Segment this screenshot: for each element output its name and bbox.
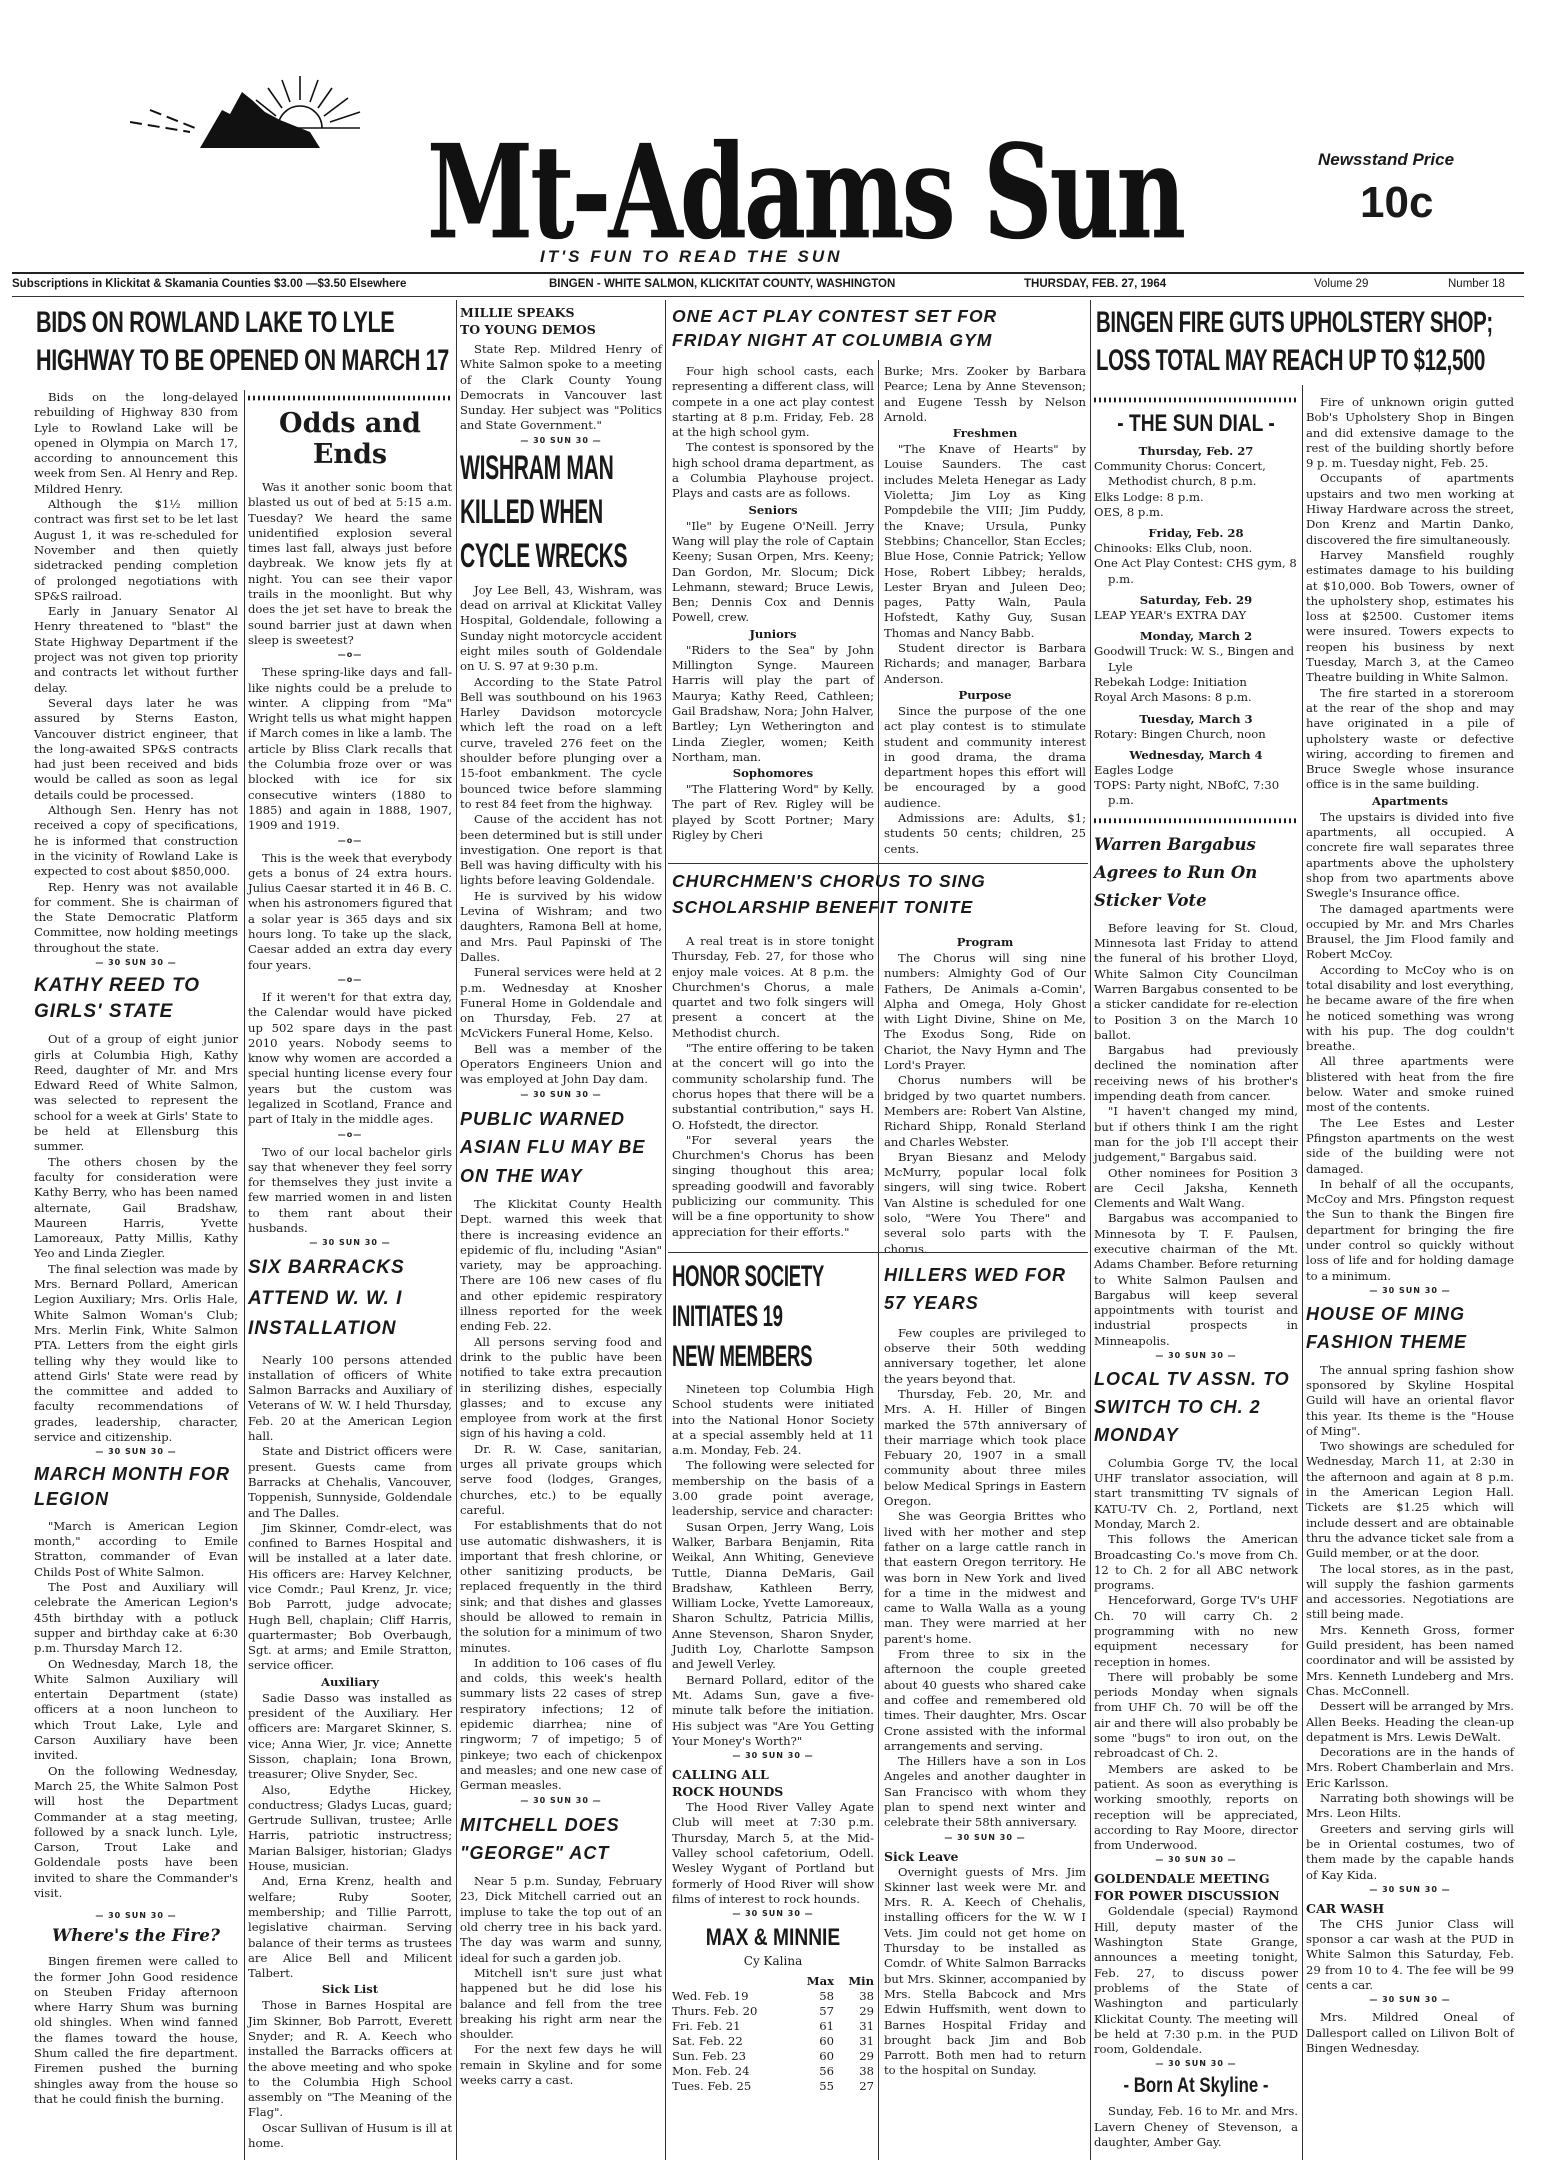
paragraph: Nearly 100 persons attended installation…	[248, 1353, 452, 1445]
weather-row: Thurs. Feb. 205729	[672, 2004, 874, 2019]
weather-table: MaxMin Wed. Feb. 195838Thurs. Feb. 20572…	[672, 1974, 874, 2094]
millie-article: State Rep. Mildred Henry of White Salmon…	[460, 342, 662, 434]
paragraph: Occupants of apartments upstairs and two…	[1306, 471, 1514, 547]
rock-headline-2: ROCK HOUNDS	[672, 1783, 874, 1800]
auxiliary-subhead: Auxiliary	[248, 1675, 452, 1690]
weather-day: Sat. Feb. 22	[672, 2034, 794, 2049]
paragraph: Mrs. Mildred Oneal of Dallesport called …	[1306, 2010, 1514, 2056]
weather-day: Sun. Feb. 23	[672, 2049, 794, 2064]
paragraph: Admissions are: Adults, $1; students 50 …	[884, 811, 1086, 857]
weather-max: 56	[794, 2064, 834, 2079]
calendar-event: Community Chorus: Concert, Methodist chu…	[1094, 459, 1298, 490]
column-rule	[878, 360, 879, 2160]
subhead: Sophomores	[672, 766, 874, 781]
mitchell-headline: MITCHELL DOES "GEORGE" ACT	[460, 1811, 662, 1869]
wavy-rule	[248, 394, 452, 402]
paragraph: Burke; Mrs. Zooker by Barbara Pearce; Le…	[884, 364, 1086, 425]
odds-headline: Odds and Ends	[248, 408, 452, 470]
small-separator: —o—	[248, 975, 452, 984]
separator: — 30 SUN 30 —	[34, 1447, 238, 1456]
subhead: Seniors	[672, 503, 874, 518]
calendar-event: Elks Lodge: 8 p.m.	[1094, 490, 1298, 505]
paragraph: From three to six in the afternoon the c…	[884, 1647, 1086, 1754]
chorus-headline: CHURCHMEN'S CHORUS TO SING SCHOLARSHIP B…	[672, 868, 1087, 920]
location: BINGEN - WHITE SALMON, KLICKITAT COUNTY,…	[549, 278, 895, 290]
ming-headline: HOUSE OF MING FASHION THEME	[1306, 1301, 1514, 1357]
paragraph: She was Georgia Brittes who lived with h…	[884, 1509, 1086, 1647]
calendar-event: Goodwill Truck: W. S., Bingen and Lyle	[1094, 644, 1298, 675]
paragraph: Although the $1½ million contract was fi…	[34, 497, 238, 604]
paragraph: Dr. R. W. Case, sanitarian, urges all pr…	[460, 1442, 662, 1518]
paragraph: The contest is sponsored by the high sch…	[672, 440, 874, 501]
paragraph: Those in Barnes Hospital are Jim Skinner…	[248, 1998, 452, 2120]
weather-byline: Cy Kalina	[672, 1954, 874, 1968]
weather-min: 29	[834, 2049, 874, 2064]
column-sundial: - THE SUN DIAL - Thursday, Feb. 27Commun…	[1094, 392, 1298, 2150]
barracks-headline: SIX BARRACKS ATTEND W. W. I INSTALLATION	[248, 1253, 452, 1344]
calendar-day: Friday, Feb. 28	[1094, 526, 1298, 541]
paragraph: Mrs. Kenneth Gross, former Guild preside…	[1306, 1623, 1514, 1699]
calendar-event: LEAP YEAR's EXTRA DAY	[1094, 608, 1298, 623]
paragraph: "The Flattering Word" by Kelly. The part…	[672, 782, 874, 843]
paragraph: Student director is Barbara Richards; an…	[884, 641, 1086, 687]
paragraph: Near 5 p.m. Sunday, February 23, Dick Mi…	[460, 1874, 662, 1966]
goldendale-headline-1: GOLDENDALE MEETING	[1094, 1870, 1298, 1887]
kathy-headline: KATHY REED TO GIRLS' STATE	[34, 973, 238, 1024]
paragraph: Other nominees for Position 3 are Cecil …	[1094, 1166, 1298, 1212]
paragraph: Early in January Senator Al Henry threat…	[34, 604, 238, 696]
paragraph: The damaged apartments were occupied by …	[1306, 902, 1514, 963]
weather-day: Fri. Feb. 21	[672, 2019, 794, 2034]
subhead: Juniors	[672, 627, 874, 642]
paragraph: Bernard Pollard, editor of the Mt. Adams…	[672, 1673, 874, 1749]
paragraph: Mitchell isn't sure just what happened b…	[460, 1966, 662, 2042]
calendar-event: Chinooks: Elks Club, noon.	[1094, 541, 1298, 556]
calendar-event: OES, 8 p.m.	[1094, 505, 1298, 520]
carwash-headline: CAR WASH	[1306, 1900, 1514, 1917]
play-col-2: Burke; Mrs. Zooker by Barbara Pearce; Le…	[884, 364, 1086, 857]
bingen-fire-headline: BINGEN FIRE GUTS UPHOLSTERY SHOP; LOSS T…	[1096, 308, 1536, 376]
separator: — 30 SUN 30 —	[1306, 1995, 1514, 2004]
mitchell-article: Near 5 p.m. Sunday, February 23, Dick Mi…	[460, 1874, 662, 2088]
separator: — 30 SUN 30 —	[1094, 1855, 1298, 1864]
paragraph: On the following Wednesday, March 25, th…	[34, 1764, 238, 1902]
weather-max: 60	[794, 2049, 834, 2064]
weather-day: Wed. Feb. 19	[672, 1989, 794, 2004]
hillers-article: Few couples are privileged to observe th…	[884, 1326, 1086, 1831]
paragraph: "March is American Legion month," accord…	[34, 1519, 238, 1580]
column-rule	[456, 300, 457, 2160]
column-rule	[1090, 300, 1091, 2160]
paragraph: Henceforward, Gorge TV's UHF Ch. 70 will…	[1094, 1593, 1298, 1669]
paragraph: State Rep. Mildred Henry of White Salmon…	[460, 342, 662, 434]
separator: — 30 SUN 30 —	[1094, 2059, 1298, 2068]
paragraph: Funeral services were held at 2 p.m. Wed…	[460, 965, 662, 1041]
top-rule	[12, 272, 1524, 274]
section-rule	[668, 1252, 1088, 1253]
separator: — 30 SUN 30 —	[34, 958, 238, 967]
paragraph: The others chosen by the faculty for con…	[34, 1155, 238, 1262]
paragraph: Bids on the long-delayed rebuilding of H…	[34, 390, 238, 497]
paragraph: Sadie Dasso was installed as president o…	[248, 1691, 452, 1783]
paragraph: Several days later he was assured by Ste…	[34, 696, 238, 803]
paragraph: These spring-like days and fall-like nig…	[248, 665, 452, 833]
paragraph: "Riders to the Sea" by John Millington S…	[672, 643, 874, 765]
paragraph: The upstairs is divided into five apartm…	[1306, 810, 1514, 902]
weather-max: 57	[794, 2004, 834, 2019]
separator: — 30 SUN 30 —	[460, 436, 662, 445]
paragraph: This follows the American Broadcasting C…	[1094, 1532, 1298, 1593]
column-rule	[665, 300, 666, 2160]
fire-small-article: Bingen firemen were called to the former…	[34, 1954, 238, 2107]
paragraph: Out of a group of eight junior girls at …	[34, 1032, 238, 1154]
paragraph: State and District officers were present…	[248, 1444, 452, 1520]
subhead: Freshmen	[884, 426, 1086, 441]
paragraph: Bargabus was accompanied to Minnesota by…	[1094, 1211, 1298, 1349]
calendar-event: Eagles Lodge	[1094, 763, 1298, 778]
weather-max: 60	[794, 2034, 834, 2049]
paragraph: Dessert will be arranged by Mrs. Allen B…	[1306, 1699, 1514, 1745]
play-headline: ONE ACT PLAY CONTEST SET FOR FRIDAY NIGH…	[672, 304, 1087, 352]
odds-article: Was it another sonic boom that blasted u…	[248, 480, 452, 1236]
apartments-subhead: Apartments	[1306, 794, 1514, 809]
paragraph: The fire started in a storeroom at the r…	[1306, 686, 1514, 793]
paragraph: "For several years the Churchmen's Choru…	[672, 1133, 874, 1240]
slogan: IT'S FUN TO READ THE SUN	[540, 247, 842, 267]
paragraph: The Lee Estes and Lester Pfingston apart…	[1306, 1116, 1514, 1177]
paragraph: Four high school casts, each representin…	[672, 364, 874, 440]
paragraph: The local stores, as in the past, will s…	[1306, 1562, 1514, 1623]
paragraph: A real treat is in store tonight Thursda…	[672, 934, 874, 1041]
paragraph: For establishments that do not use autom…	[460, 1518, 662, 1656]
born-headline: - Born At Skyline -	[1114, 2074, 1277, 2098]
wavy-rule	[1094, 817, 1298, 825]
separator: — 30 SUN 30 —	[248, 1238, 452, 1247]
subscriptions: Subscriptions in Klickitat & Skamania Co…	[12, 278, 406, 290]
hillers-column: HILLERS WED FOR 57 YEARS Few couples are…	[884, 1262, 1086, 2079]
paragraph: Members are asked to be patient. As soon…	[1094, 1762, 1298, 1854]
chorus-col-1: A real treat is in store tonight Thursda…	[672, 934, 874, 1240]
fire-small-headline: Where's the Fire?	[34, 1926, 238, 1946]
paragraph: Fire of unknown origin gutted Bob's Upho…	[1306, 395, 1514, 471]
sick-list-subhead: Sick List	[248, 1982, 452, 1997]
paragraph: Rep. Henry was not available for comment…	[34, 880, 238, 956]
paragraph: Also, Edythe Hickey, conductress; Gladys…	[248, 1783, 452, 1875]
paragraph: Joy Lee Bell, 43, Wishram, was dead on a…	[460, 583, 662, 675]
hillers-headline: HILLERS WED FOR 57 YEARS	[884, 1262, 1086, 1318]
paragraph: Nineteen top Columbia High School studen…	[672, 1382, 874, 1458]
headline-line: KILLED WHEN	[460, 495, 585, 529]
paragraph: Two of our local bachelor girls say that…	[248, 1145, 452, 1237]
paragraph: On Wednesday, March 18, the White Salmon…	[34, 1657, 238, 1764]
paragraph: Bryan Biesanz and Melody McMurry, popula…	[884, 1150, 1086, 1257]
bingen-fire-article-2: The upstairs is divided into five apartm…	[1306, 810, 1514, 1284]
honor-headline: HONOR SOCIETYINITIATES 19NEW MEMBERS	[672, 1262, 874, 1372]
mountain-sun-logo-icon	[130, 70, 390, 150]
weather-min: 31	[834, 2019, 874, 2034]
sickleave-headline: Sick Leave	[884, 1848, 1086, 1865]
separator: — 30 SUN 30 —	[34, 1911, 238, 1920]
paragraph: Decorations are in the hands of Mrs. Rob…	[1306, 1745, 1514, 1791]
small-separator: —o—	[248, 836, 452, 845]
paragraph: The Hood River Valley Agate Club will me…	[672, 1800, 874, 1907]
masthead: Mt-Adams Sun IT'S FUN TO READ THE SUN Ne…	[0, 0, 1550, 300]
tv-article: Columbia Gorge TV, the local UHF transla…	[1094, 1456, 1298, 1854]
paragraph: Before leaving for St. Cloud, Minnesota …	[1094, 921, 1298, 1043]
calendar-event: One Act Play Contest: CHS gym, 8 p.m.	[1094, 556, 1298, 587]
subhead: Purpose	[884, 688, 1086, 703]
born-article: Sunday, Feb. 16 to Mr. and Mrs. Lavern C…	[1094, 2104, 1298, 2150]
paragraph: There will probably be some periods Mond…	[1094, 1670, 1298, 1762]
goldendale-article: Goldendale (special) Raymond Hill, deput…	[1094, 1904, 1298, 2057]
barracks-article: Nearly 100 persons attended installation…	[248, 1353, 452, 2152]
dateline: Subscriptions in Klickitat & Skamania Co…	[12, 276, 1524, 294]
paragraph: For the next few days he will remain in …	[460, 2042, 662, 2088]
paragraph: The following were selected for membersh…	[672, 1458, 874, 1519]
legion-article: "March is American Legion month," accord…	[34, 1519, 238, 1901]
paragraph: "The Knave of Hearts" by Louise Saunders…	[884, 442, 1086, 641]
bids-headline: BIDS ON ROWLAND LAKE TO LYLE HIGHWAY TO …	[36, 308, 456, 376]
headline-line: WISHRAM MAN	[460, 451, 585, 485]
small-separator: —o—	[248, 650, 452, 659]
rock-headline-1: CALLING ALL	[672, 1766, 874, 1783]
paragraph: Cause of the accident has not been deter…	[460, 812, 662, 888]
paragraph: In addition to 106 cases of flu and cold…	[460, 1656, 662, 1794]
weather-max: 61	[794, 2019, 834, 2034]
bids-article: Bids on the long-delayed rebuilding of H…	[34, 390, 238, 956]
bargabus-article: Before leaving for St. Cloud, Minnesota …	[1094, 921, 1298, 1349]
paragraph: Harvey Mansfield roughly estimates damag…	[1306, 548, 1514, 686]
paragraph: The annual spring fashion show sponsored…	[1306, 1363, 1514, 1439]
headline-line: NEW MEMBERS	[672, 1342, 797, 1372]
paragraph: Two showings are scheduled for Wednesday…	[1306, 1439, 1514, 1561]
headline-line: HONOR SOCIETY	[672, 1262, 797, 1292]
volume: Volume 29	[1314, 278, 1368, 290]
bargabus-headline: Warren Bargabus Agrees to Run On Sticker…	[1094, 831, 1298, 915]
paragraph: He is survived by his widow Levina of Wi…	[460, 889, 662, 965]
separator: — 30 SUN 30 —	[672, 1751, 874, 1760]
paragraph: Susan Orpen, Jerry Wang, Lois Walker, Ba…	[672, 1520, 874, 1673]
goldendale-headline-2: FOR POWER DISCUSSION	[1094, 1887, 1298, 1904]
paragraph: According to the State Patrol Bell was s…	[460, 675, 662, 813]
calendar-event: Rebekah Lodge: Initiation	[1094, 675, 1298, 690]
tv-headline: LOCAL TV ASSN. TO SWITCH TO CH. 2 MONDAY	[1094, 1366, 1298, 1450]
separator: — 30 SUN 30 —	[1094, 1351, 1298, 1360]
paragraph: According to McCoy who is on total disab…	[1306, 963, 1514, 1055]
paragraph: Narrating both showings will be Mrs. Leo…	[1306, 1791, 1514, 1822]
weather-row: Fri. Feb. 216131	[672, 2019, 874, 2034]
carwash-article: The CHS Junior Class will sponsor a car …	[1306, 1917, 1514, 1993]
paragraph: All persons serving food and drink to th…	[460, 1335, 662, 1442]
paragraph: Since the purpose of the one act play co…	[884, 704, 1086, 811]
weather-max: 55	[794, 2079, 834, 2094]
program-subhead: Program	[884, 935, 1086, 950]
paragraph: The Hillers have a son in Los Angeles an…	[884, 1754, 1086, 1830]
paragraph: Few couples are privileged to observe th…	[884, 1326, 1086, 1387]
sundial-calendar: Thursday, Feb. 27Community Chorus: Conce…	[1094, 444, 1298, 809]
sundial-title: - THE SUN DIAL -	[1114, 410, 1277, 438]
calendar-event: Rotary: Bingen Church, noon	[1094, 727, 1298, 742]
issue-number: Number 18	[1448, 278, 1505, 290]
play-col-1: Four high school casts, each representin…	[672, 364, 874, 843]
weather-min: 31	[834, 2034, 874, 2049]
separator: — 30 SUN 30 —	[460, 1090, 662, 1099]
separator: — 30 SUN 30 —	[1306, 1286, 1514, 1295]
paragraph: Sunday, Feb. 16 to Mr. and Mrs. Lavern C…	[1094, 2104, 1298, 2150]
section-rule	[668, 863, 1088, 864]
weather-max: 58	[794, 1989, 834, 2004]
millie-headline-2: TO YOUNG DEMOS	[460, 321, 662, 338]
headline-line: CYCLE WRECKS	[460, 539, 585, 573]
honor-article: Nineteen top Columbia High School studen…	[672, 1382, 874, 1749]
weather-min: 29	[834, 2004, 874, 2019]
small-separator: —o—	[248, 1130, 452, 1139]
weather-day: Tues. Feb. 25	[672, 2079, 794, 2094]
legion-headline: MARCH MONTH FOR LEGION	[34, 1462, 238, 1511]
ming-article: The annual spring fashion show sponsored…	[1306, 1363, 1514, 1883]
weather-row: Mon. Feb. 245638	[672, 2064, 874, 2079]
issue-date: THURSDAY, FEB. 27, 1964	[1024, 278, 1166, 290]
paragraph: And, Erna Krenz, health and welfare; Rub…	[248, 1874, 452, 1981]
paragraph: Jim Skinner, Comdr-elect, was confined t…	[248, 1521, 452, 1674]
calendar-day: Saturday, Feb. 29	[1094, 593, 1298, 608]
paragraph: Bell was a member of the Operators Engin…	[460, 1042, 662, 1088]
paragraph: In behalf of all the occupants, McCoy an…	[1306, 1177, 1514, 1284]
bingen-fire-article: Fire of unknown origin gutted Bob's Upho…	[1306, 395, 1514, 793]
paragraph: This is the week that everybody gets a b…	[248, 851, 452, 973]
paragraph: Although Sen. Henry has not received a c…	[34, 803, 238, 879]
separator: — 30 SUN 30 —	[884, 1833, 1086, 1842]
calendar-event: Royal Arch Masons: 8 p.m.	[1094, 690, 1298, 705]
weather-row: Sat. Feb. 226031	[672, 2034, 874, 2049]
weather-day: Thurs. Feb. 20	[672, 2004, 794, 2019]
paragraph: Columbia Gorge TV, the local UHF transla…	[1094, 1456, 1298, 1532]
paragraph: Chorus numbers will be bridged by two qu…	[884, 1073, 1086, 1149]
calendar-event: TOPS: Party night, NBofC, 7:30 p.m.	[1094, 778, 1298, 809]
weather-title: MAX & MINNIE	[692, 1924, 854, 1952]
wishram-headline: WISHRAM MANKILLED WHENCYCLE WRECKS	[460, 451, 662, 573]
paragraph: If it weren't for that extra day, the Ca…	[248, 990, 452, 1128]
weather-day: Mon. Feb. 24	[672, 2064, 794, 2079]
calendar-day: Wednesday, March 4	[1094, 748, 1298, 763]
paragraph: The final selection was made by Mrs. Ber…	[34, 1262, 238, 1446]
calendar-day: Monday, March 2	[1094, 629, 1298, 644]
weather-row: Tues. Feb. 255527	[672, 2079, 874, 2094]
calendar-day: Tuesday, March 3	[1094, 712, 1298, 727]
column-1: Bids on the long-delayed rebuilding of H…	[34, 390, 238, 2107]
paragraph: The Chorus will sing nine numbers: Almig…	[884, 951, 1086, 1073]
headline-line: INITIATES 19	[672, 1302, 797, 1332]
chorus-col-2: Program The Chorus will sing nine number…	[884, 934, 1086, 1257]
paragraph: The Post and Auxiliary will celebrate th…	[34, 1580, 238, 1656]
weather-min: 38	[834, 2064, 874, 2079]
paragraph: Greeters and serving girls will be in Or…	[1306, 1822, 1514, 1883]
separator: — 30 SUN 30 —	[672, 1909, 874, 1918]
column-rule	[1302, 385, 1303, 2160]
paragraph: Goldendale (special) Raymond Hill, deput…	[1094, 1904, 1298, 2057]
column-rule	[244, 390, 245, 2160]
paragraph: Oscar Sullivan of Husum is ill at home.	[248, 2121, 452, 2152]
flu-headline: PUBLIC WARNED ASIAN FLU MAY BE ON THE WA…	[460, 1105, 662, 1191]
millie-headline-1: MILLIE SPEAKS	[460, 304, 662, 321]
separator: — 30 SUN 30 —	[1306, 1885, 1514, 1894]
weather-row: Sun. Feb. 236029	[672, 2049, 874, 2064]
column-2: Odds and Ends Was it another sonic boom …	[248, 390, 452, 2151]
paragraph: Bingen firemen were called to the former…	[34, 1954, 238, 2107]
rock-article: The Hood River Valley Agate Club will me…	[672, 1800, 874, 1907]
kathy-article: Out of a group of eight junior girls at …	[34, 1032, 238, 1445]
dateline-rule	[12, 296, 1524, 297]
paragraph: Overnight guests of Mrs. Jim Skinner las…	[884, 1865, 1086, 2079]
column-3: MILLIE SPEAKS TO YOUNG DEMOS State Rep. …	[460, 304, 662, 2088]
paragraph: All three apartments were blistered with…	[1306, 1054, 1514, 1115]
oneal-article: Mrs. Mildred Oneal of Dallesport called …	[1306, 2010, 1514, 2056]
paragraph: The Klickitat County Health Dept. warned…	[460, 1197, 662, 1335]
honor-column: HONOR SOCIETYINITIATES 19NEW MEMBERS Nin…	[672, 1262, 874, 2094]
calendar-day: Thursday, Feb. 27	[1094, 444, 1298, 459]
paragraph: The CHS Junior Class will sponsor a car …	[1306, 1917, 1514, 1993]
price: 10c	[1360, 178, 1433, 228]
sickleave-article: Overnight guests of Mrs. Jim Skinner las…	[884, 1865, 1086, 2079]
wishram-article: Joy Lee Bell, 43, Wishram, was dead on a…	[460, 583, 662, 1088]
paragraph: "I haven't changed my mind, but if other…	[1094, 1104, 1298, 1165]
weather-row: Wed. Feb. 195838	[672, 1989, 874, 2004]
separator: — 30 SUN 30 —	[460, 1796, 662, 1805]
newspaper-title: Mt-Adams Sun	[395, 128, 1215, 258]
paragraph: Bargabus had previously declined the nom…	[1094, 1043, 1298, 1104]
paragraph: Thursday, Feb. 20, Mr. and Mrs. A. H. Hi…	[884, 1387, 1086, 1509]
flu-article: The Klickitat County Health Dept. warned…	[460, 1197, 662, 1794]
paragraph: Was it another sonic boom that blasted u…	[248, 480, 452, 648]
weather-min: 27	[834, 2079, 874, 2094]
paragraph: "The entire offering to be taken at the …	[672, 1041, 874, 1133]
paragraph: "Ile" by Eugene O'Neill. Jerry Wang will…	[672, 519, 874, 626]
wavy-rule	[1094, 396, 1298, 404]
weather-min: 38	[834, 1989, 874, 2004]
price-label: Newsstand Price	[1318, 150, 1454, 170]
column-fire: Fire of unknown origin gutted Bob's Upho…	[1306, 395, 1514, 2056]
